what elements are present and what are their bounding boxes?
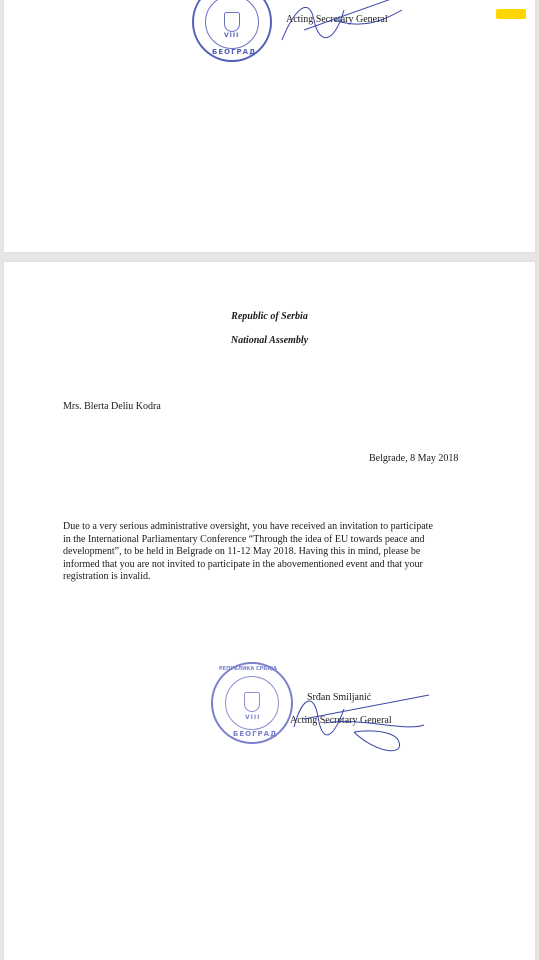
official-stamp-icon: VIII БЕОГРАД	[192, 0, 272, 62]
handwritten-signature-icon	[284, 687, 434, 757]
place-and-date: Belgrade, 8 May 2018	[369, 453, 458, 466]
letter-body-line: informed that you are not invited to par…	[63, 559, 478, 572]
stamp-ring-text-bottom: БЕОГРАД	[233, 730, 277, 738]
stamp-number: VIII	[224, 32, 239, 39]
coat-of-arms-icon	[244, 692, 260, 712]
stamp-ring-text-bottom: БЕОГРАД	[212, 48, 256, 56]
letter-body-line: in the International Parliamentary Confe…	[63, 534, 478, 547]
stamp-number: VIII	[245, 714, 260, 721]
yellow-highlight-marker	[496, 9, 526, 19]
letter-body-line: Due to a very serious administrative ove…	[63, 521, 478, 534]
letter-body: Due to a very serious administrative ove…	[63, 521, 478, 584]
document-page-1: VIII БЕОГРАД Acting Secretary General	[4, 0, 535, 252]
stamp-ring-text-top: РЕПУБЛИКА СРБИЈА	[219, 666, 277, 672]
letter-body-line: registration is invalid.	[63, 571, 478, 584]
recipient-name: Mrs. Blerta Deliu Kodra	[63, 401, 161, 414]
letterhead-institution: National Assembly	[4, 335, 535, 346]
letterhead-country: Republic of Serbia	[4, 311, 535, 322]
official-stamp-icon: VIII БЕОГРАД РЕПУБЛИКА СРБИЈА	[211, 662, 293, 744]
handwritten-signature-icon	[274, 0, 424, 50]
coat-of-arms-icon	[224, 12, 240, 32]
document-page-2: Republic of Serbia National Assembly Mrs…	[4, 262, 535, 960]
letter-body-line: development”, to be held in Belgrade on …	[63, 546, 478, 559]
